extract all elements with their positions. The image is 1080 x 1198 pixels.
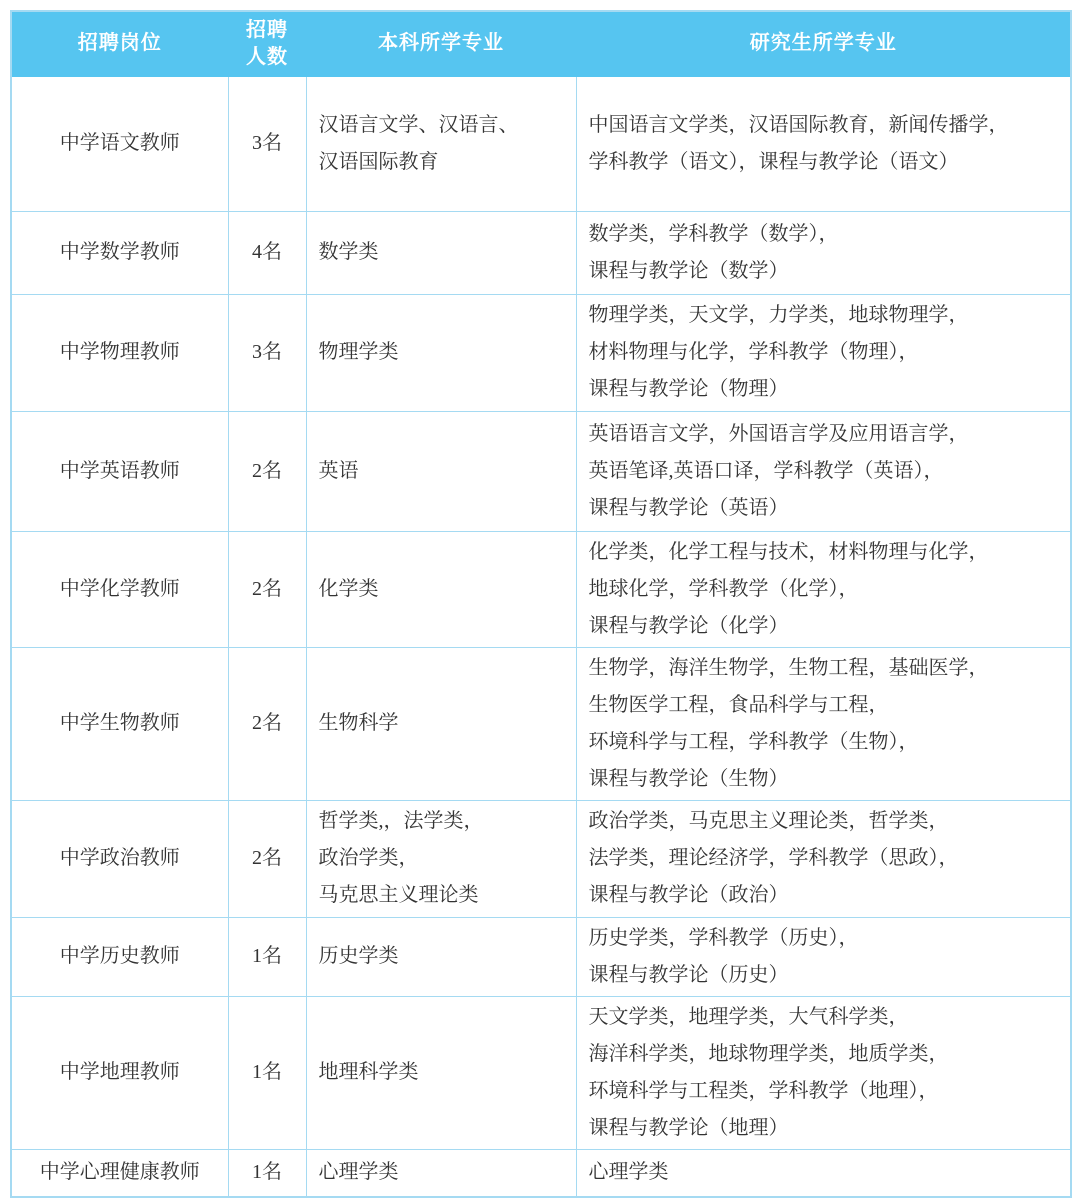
cell-position: 中学化学教师	[11, 531, 228, 647]
cell-graduate: 物理学类，天文学，力学类，地球物理学， 材料物理与化学，学科教学（物理）， 课程…	[576, 294, 1071, 411]
cell-graduate: 数学类，学科教学（数学）， 课程与教学论（数学）	[576, 211, 1071, 294]
cell-headcount: 1名	[228, 996, 306, 1149]
table-row: 中学政治教师2名哲学类,，法学类， 政治学类， 马克思主义理论类政治学类，马克思…	[11, 800, 1071, 917]
cell-undergrad: 心理学类	[306, 1149, 576, 1197]
cell-headcount: 1名	[228, 1149, 306, 1197]
cell-headcount: 3名	[228, 294, 306, 411]
table-body: 中学语文教师3名汉语言文学、汉语言、 汉语国际教育中国语言文学类，汉语国际教育，…	[11, 76, 1071, 1197]
cell-headcount: 4名	[228, 211, 306, 294]
cell-undergrad: 历史学类	[306, 917, 576, 996]
cell-undergrad: 汉语言文学、汉语言、 汉语国际教育	[306, 76, 576, 211]
cell-position: 中学语文教师	[11, 76, 228, 211]
cell-graduate: 政治学类，马克思主义理论类，哲学类， 法学类，理论经济学，学科教学（思政）， 课…	[576, 800, 1071, 917]
recruitment-table-container: 招聘岗位招聘 人数本科所学专业研究生所学专业 中学语文教师3名汉语言文学、汉语言…	[10, 10, 1070, 1198]
table-row: 中学英语教师2名英语英语语言文学，外国语言学及应用语言学， 英语笔译,英语口译，…	[11, 411, 1071, 531]
cell-graduate: 心理学类	[576, 1149, 1071, 1197]
cell-undergrad: 物理学类	[306, 294, 576, 411]
cell-graduate: 中国语言文学类，汉语国际教育，新闻传播学， 学科教学（语文），课程与教学论（语文…	[576, 76, 1071, 211]
cell-graduate: 生物学，海洋生物学，生物工程，基础医学， 生物医学工程，食品科学与工程， 环境科…	[576, 647, 1071, 800]
table-row: 中学心理健康教师1名心理学类心理学类	[11, 1149, 1071, 1197]
table-row: 中学生物教师2名生物科学生物学，海洋生物学，生物工程，基础医学， 生物医学工程，…	[11, 647, 1071, 800]
column-header-graduate: 研究生所学专业	[576, 11, 1071, 76]
cell-undergrad: 英语	[306, 411, 576, 531]
table-row: 中学语文教师3名汉语言文学、汉语言、 汉语国际教育中国语言文学类，汉语国际教育，…	[11, 76, 1071, 211]
cell-position: 中学政治教师	[11, 800, 228, 917]
cell-position: 中学物理教师	[11, 294, 228, 411]
cell-graduate: 英语语言文学，外国语言学及应用语言学， 英语笔译,英语口译，学科教学（英语）， …	[576, 411, 1071, 531]
cell-headcount: 2名	[228, 647, 306, 800]
cell-undergrad: 化学类	[306, 531, 576, 647]
cell-headcount: 1名	[228, 917, 306, 996]
cell-undergrad: 地理科学类	[306, 996, 576, 1149]
column-header-position: 招聘岗位	[11, 11, 228, 76]
cell-headcount: 2名	[228, 800, 306, 917]
recruitment-table: 招聘岗位招聘 人数本科所学专业研究生所学专业 中学语文教师3名汉语言文学、汉语言…	[10, 10, 1072, 1198]
cell-headcount: 2名	[228, 411, 306, 531]
cell-position: 中学心理健康教师	[11, 1149, 228, 1197]
cell-graduate: 历史学类，学科教学（历史）， 课程与教学论（历史）	[576, 917, 1071, 996]
table-row: 中学数学教师4名数学类数学类，学科教学（数学）， 课程与教学论（数学）	[11, 211, 1071, 294]
table-row: 中学历史教师1名历史学类历史学类，学科教学（历史）， 课程与教学论（历史）	[11, 917, 1071, 996]
cell-position: 中学地理教师	[11, 996, 228, 1149]
cell-headcount: 3名	[228, 76, 306, 211]
table-row: 中学地理教师1名地理科学类天文学类，地理学类，大气科学类， 海洋科学类，地球物理…	[11, 996, 1071, 1149]
cell-graduate: 天文学类，地理学类，大气科学类， 海洋科学类，地球物理学类，地质学类， 环境科学…	[576, 996, 1071, 1149]
cell-position: 中学生物教师	[11, 647, 228, 800]
cell-headcount: 2名	[228, 531, 306, 647]
table-row: 中学化学教师2名化学类化学类，化学工程与技术，材料物理与化学， 地球化学，学科教…	[11, 531, 1071, 647]
column-header-undergrad: 本科所学专业	[306, 11, 576, 76]
header-row: 招聘岗位招聘 人数本科所学专业研究生所学专业	[11, 11, 1071, 76]
column-header-headcount: 招聘 人数	[228, 11, 306, 76]
table-row: 中学物理教师3名物理学类物理学类，天文学，力学类，地球物理学， 材料物理与化学，…	[11, 294, 1071, 411]
cell-undergrad: 哲学类,，法学类， 政治学类， 马克思主义理论类	[306, 800, 576, 917]
cell-undergrad: 数学类	[306, 211, 576, 294]
cell-position: 中学历史教师	[11, 917, 228, 996]
cell-position: 中学英语教师	[11, 411, 228, 531]
cell-graduate: 化学类，化学工程与技术，材料物理与化学， 地球化学，学科教学（化学）， 课程与教…	[576, 531, 1071, 647]
cell-position: 中学数学教师	[11, 211, 228, 294]
cell-undergrad: 生物科学	[306, 647, 576, 800]
